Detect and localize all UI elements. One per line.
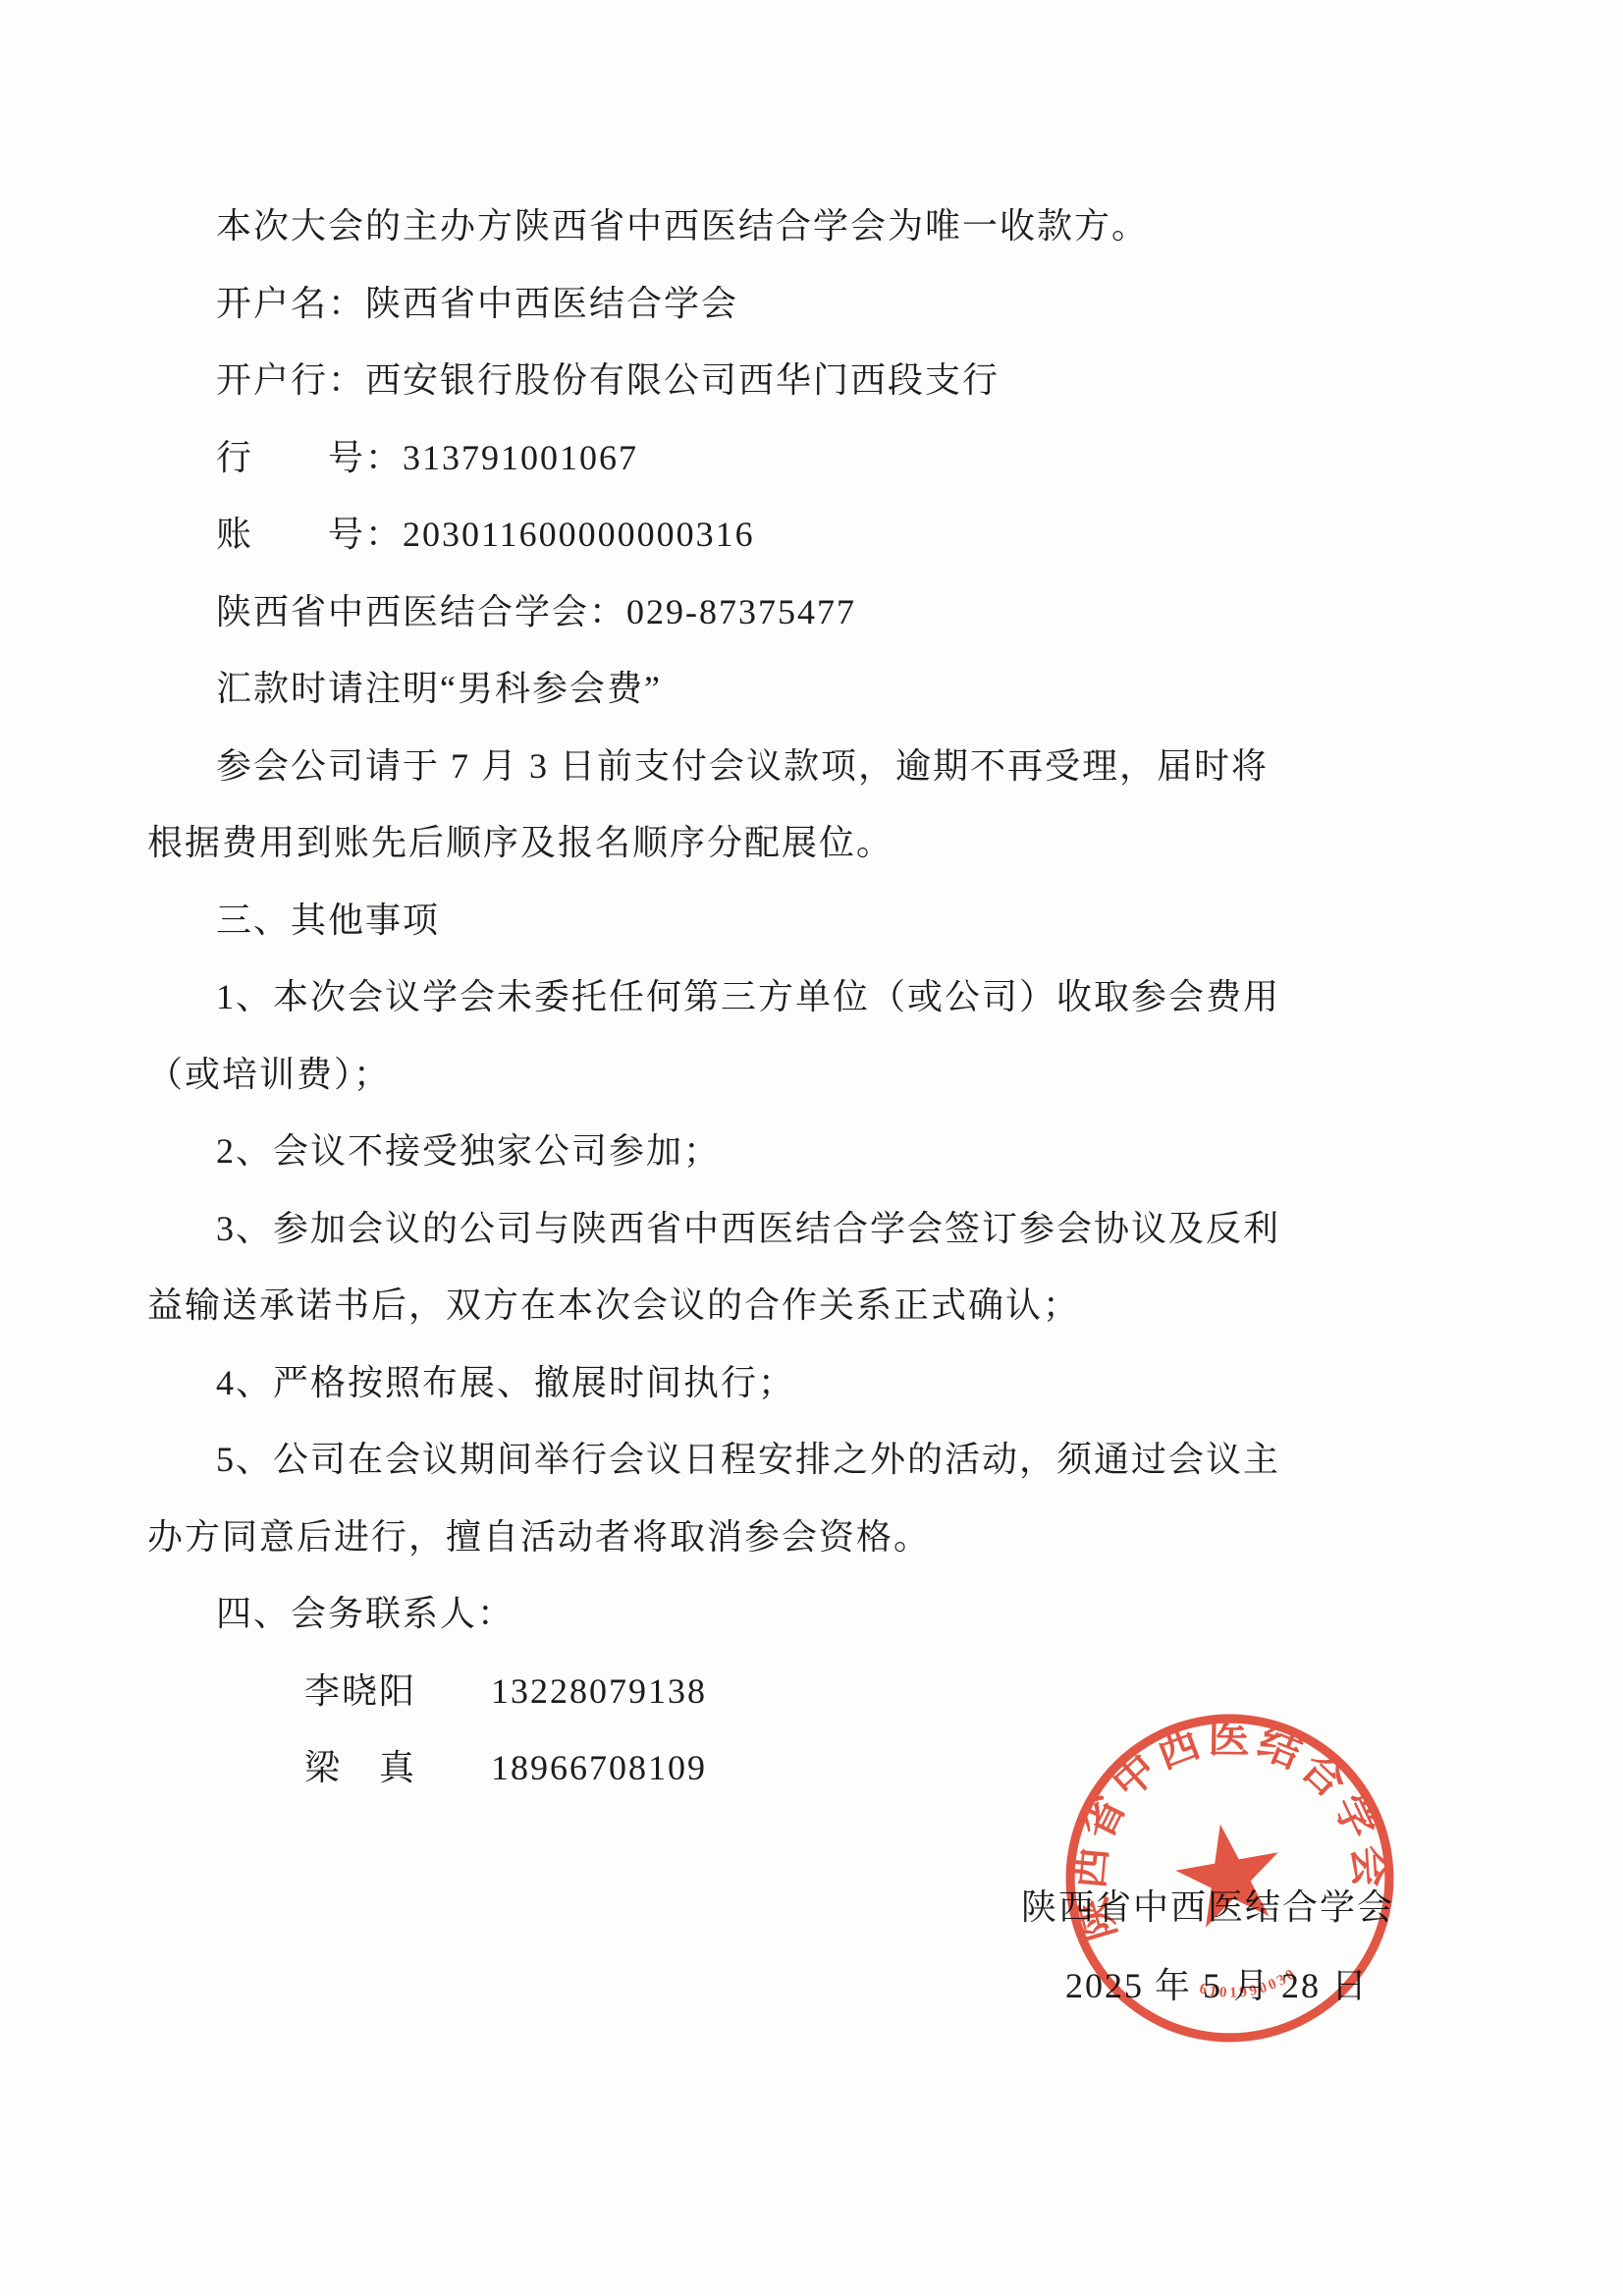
body-line-item4: 4、严格按照布展、撤展时间执行； (147, 1344, 1486, 1422)
body-line-item5-2: 办方同意后进行，擅自活动者将取消参会资格。 (147, 1499, 1486, 1576)
contact-name: 李晓阳 (304, 1653, 491, 1730)
contact-row: 梁 真18966708109 (147, 1729, 1486, 1807)
body-line-payee-statement: 本次大会的主办方陕西省中西医结合学会为唯一收款方。 (147, 188, 1486, 265)
signature-block: 陕西省中西医结合学会 2025 年 5 月 28 日 (1021, 1868, 1394, 2025)
body-line-bank-branch: 开户行：西安银行股份有限公司西华门西段支行 (147, 342, 1486, 419)
body-line-item2: 2、会议不接受独家公司参加； (147, 1113, 1486, 1190)
body-line-deadline-1: 参会公司请于 7 月 3 日前支付会议款项，逾期不再受理，届时将 (147, 728, 1486, 805)
section-heading-contacts: 四、会务联系人： (147, 1575, 1486, 1653)
body-line-item1-1: 1、本次会议学会未委托任何第三方单位（或公司）收取参会费用 (147, 958, 1486, 1036)
body-line-remit-note: 汇款时请注明“男科参会费” (147, 650, 1486, 728)
body-line-bank-number: 行 号：313791001067 (147, 419, 1486, 497)
body-line-account-number: 账 号：203011600000000316 (147, 496, 1486, 574)
contact-name: 梁 真 (304, 1729, 491, 1807)
contact-row: 李晓阳13228079138 (147, 1653, 1486, 1730)
document-body: 本次大会的主办方陕西省中西医结合学会为唯一收款方。 开户名：陕西省中西医结合学会… (147, 188, 1486, 1807)
body-line-deadline-2: 根据费用到账先后顺序及报名顺序分配展位。 (147, 804, 1486, 882)
body-line-account-name: 开户名：陕西省中西医结合学会 (147, 265, 1486, 343)
body-line-association-phone: 陕西省中西医结合学会：029-87375477 (147, 574, 1486, 651)
contact-phone: 18966708109 (491, 1748, 707, 1787)
contact-phone: 13228079138 (491, 1671, 707, 1711)
body-line-item3-2: 益输送承诺书后，双方在本次会议的合作关系正式确认； (147, 1267, 1486, 1344)
signature-organization: 陕西省中西医结合学会 (1021, 1868, 1394, 1946)
signature-date: 2025 年 5 月 28 日 (1021, 1946, 1394, 2025)
body-line-item1-2: （或培训费）； (147, 1036, 1486, 1114)
scanned-notice-page: 本次大会的主办方陕西省中西医结合学会为唯一收款方。 开户名：陕西省中西医结合学会… (0, 0, 1623, 2296)
body-line-item3-1: 3、参加会议的公司与陕西省中西医结合学会签订参会协议及反利 (147, 1190, 1486, 1268)
body-line-item5-1: 5、公司在会议期间举行会议日程安排之外的活动，须通过会议主 (147, 1421, 1486, 1499)
section-heading-other-items: 三、其他事项 (147, 882, 1486, 959)
